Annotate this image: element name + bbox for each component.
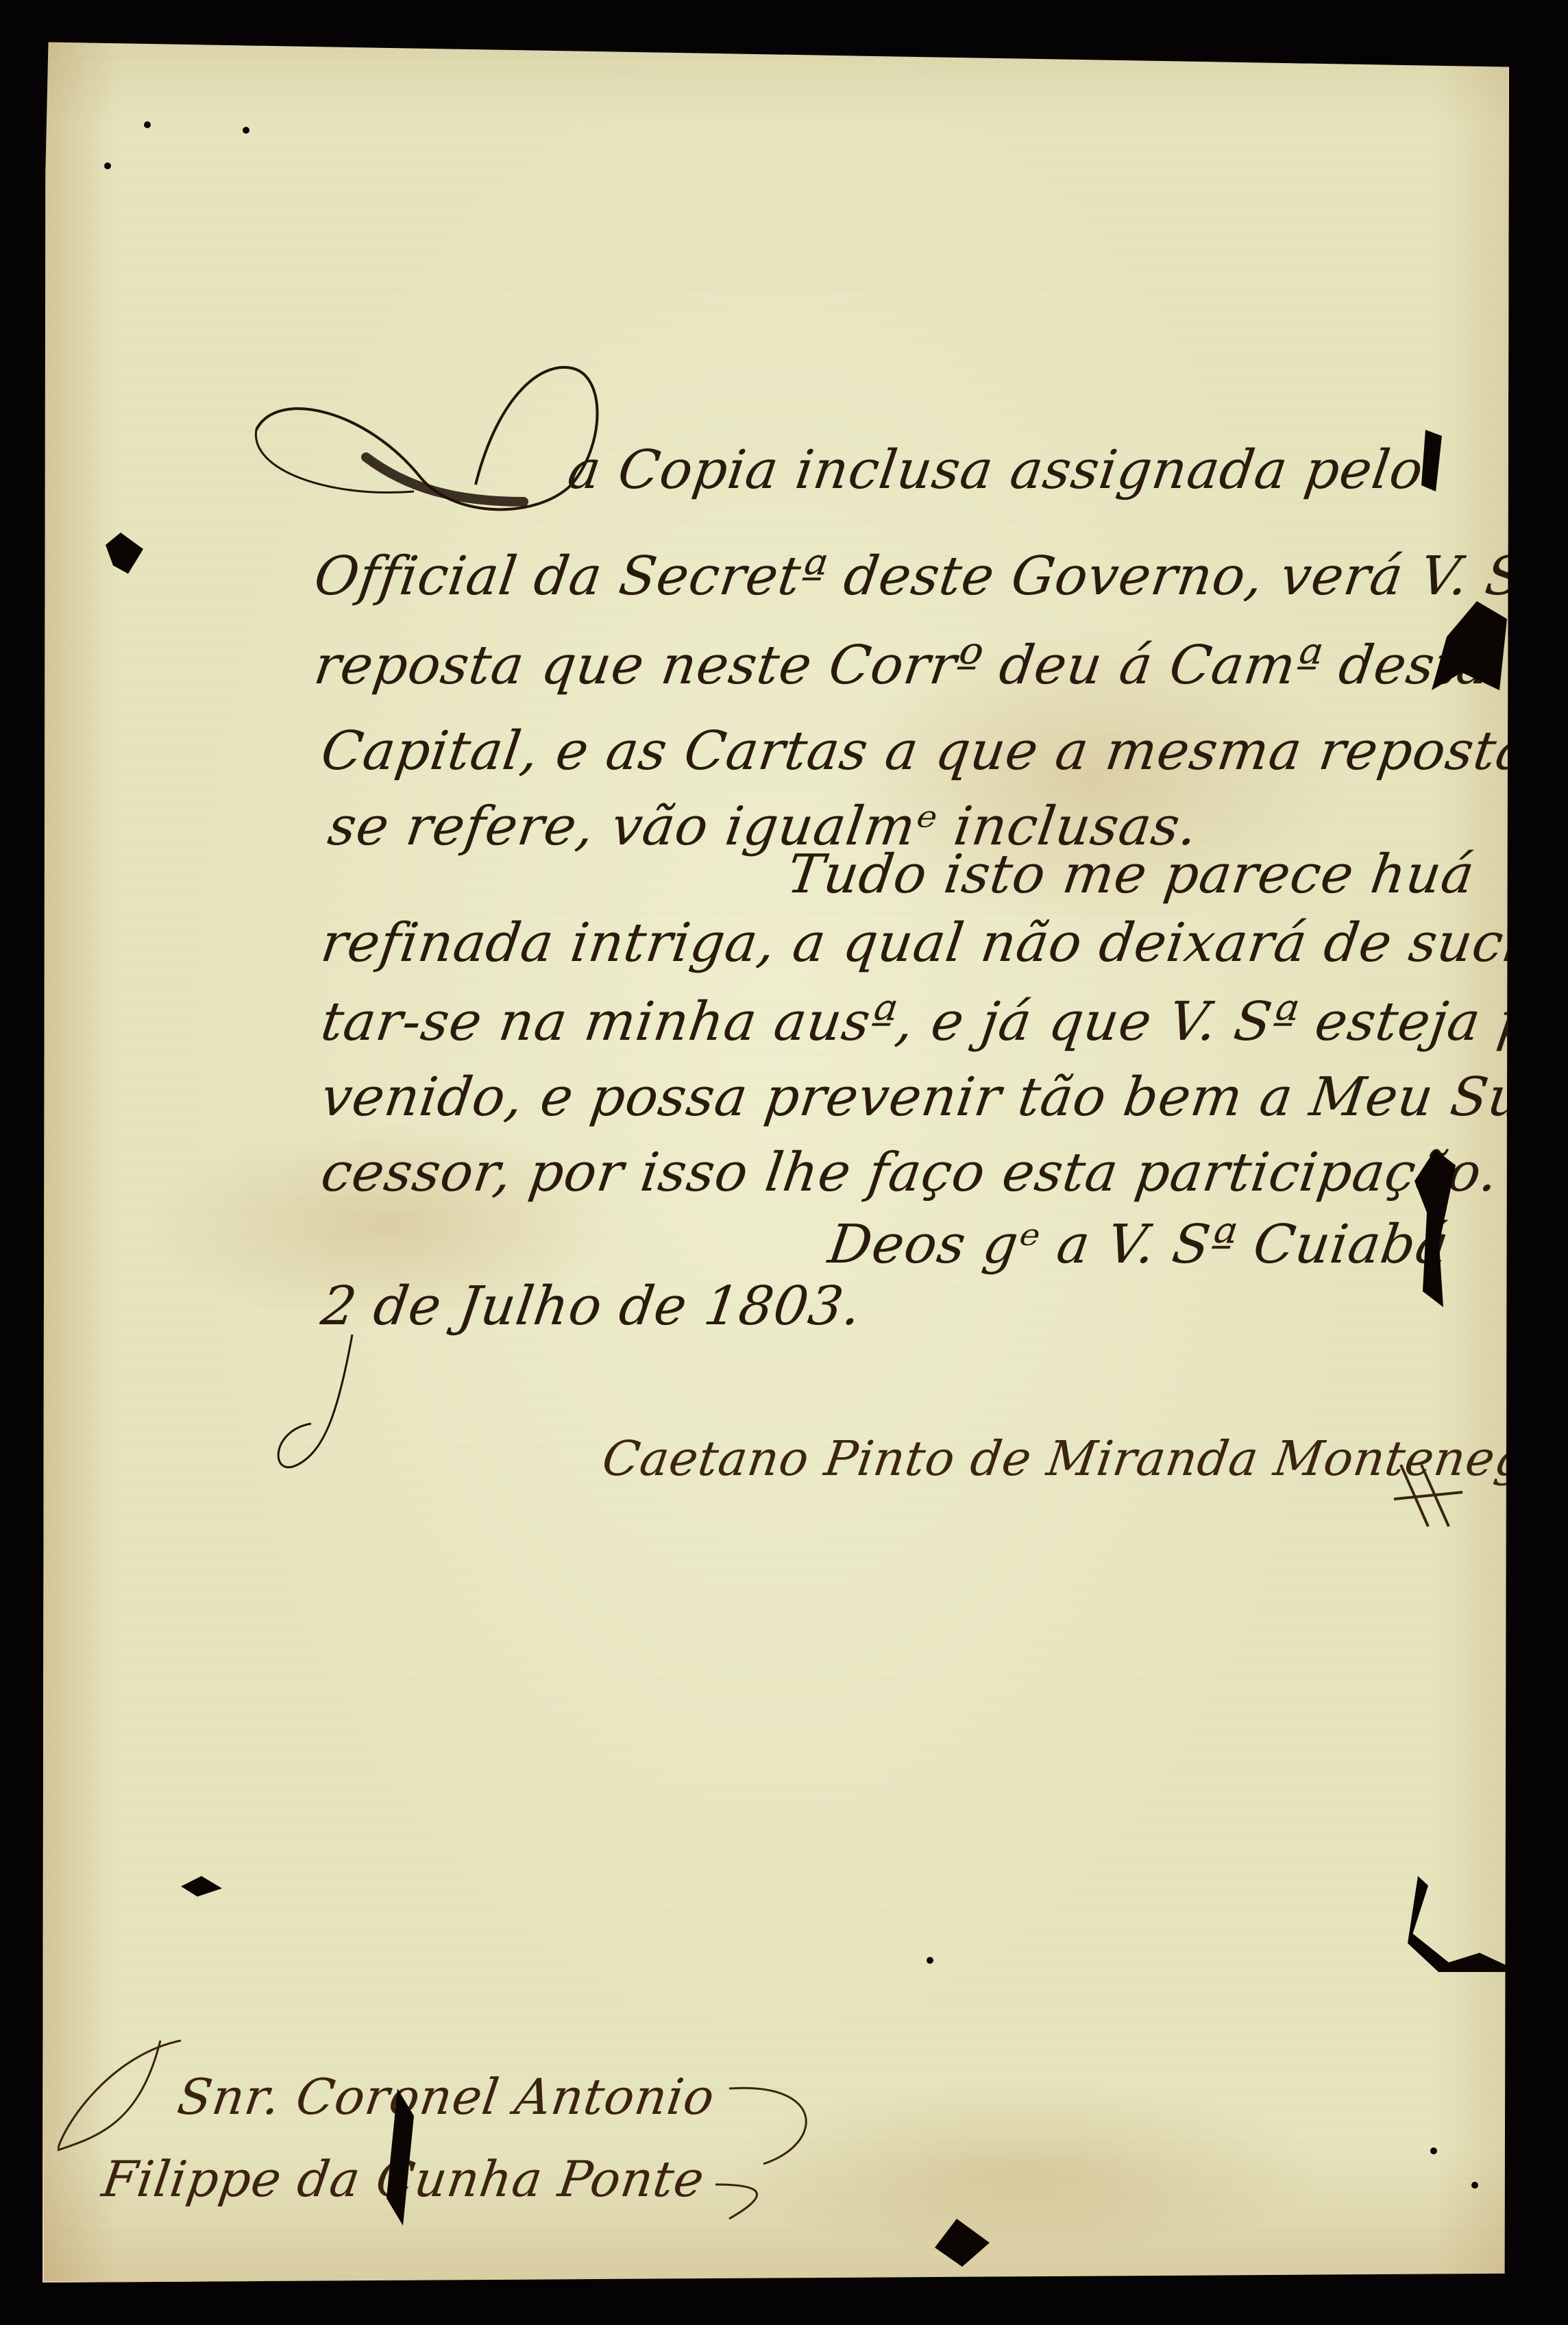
body-line-6: Tudo isto me parece huá — [784, 848, 1478, 901]
body-line-3: reposta que neste Corrº deu á Camª desta — [311, 639, 1493, 692]
body-line-8: tar-se na minha ausª, e já que V. Sª est… — [318, 995, 1568, 1049]
date-flourish-icon — [270, 1328, 434, 1478]
wormhole — [1430, 2147, 1437, 2154]
paper-damage — [935, 2219, 990, 2267]
wormhole — [144, 121, 151, 128]
document-scan: a Copia inclusa assignada pelo Official … — [0, 0, 1568, 2325]
wormhole — [104, 162, 111, 169]
date-line: 2 de Julho de 1803. — [318, 1280, 865, 1333]
body-line-1: a Copia inclusa assignada pelo — [565, 443, 1427, 497]
manuscript-page: a Copia inclusa assignada pelo Official … — [42, 38, 1509, 2283]
wormhole — [1471, 2182, 1478, 2189]
body-line-2: Official da Secretª deste Governo, verá … — [311, 550, 1568, 603]
body-line-4: Capital, e as Cartas a que a mesma repos… — [318, 725, 1532, 778]
body-line-9: venido, e possa prevenir tão bem a Meu S… — [318, 1071, 1568, 1124]
address-line-2: Filippe da Cunha Ponte — [99, 2150, 708, 2208]
body-line-7: refinada intriga, a qual não deixará de … — [318, 916, 1543, 970]
address-line-1: Snr. Coronel Antonio — [174, 2068, 718, 2126]
wormhole — [243, 127, 249, 134]
paper-damage — [1408, 1876, 1510, 1972]
water-stain — [715, 2082, 1332, 2260]
paper-damage — [106, 533, 143, 574]
body-line-10: cessor, por isso lhe faço esta participa… — [318, 1146, 1502, 1200]
wormhole — [927, 1957, 933, 1964]
signature: Caetano Pinto de Miranda Montenegro — [599, 1431, 1568, 1487]
paper-damage — [181, 1876, 222, 1897]
closing-formula: Deos gᵉ a V. Sª Cuiabá — [825, 1218, 1452, 1271]
